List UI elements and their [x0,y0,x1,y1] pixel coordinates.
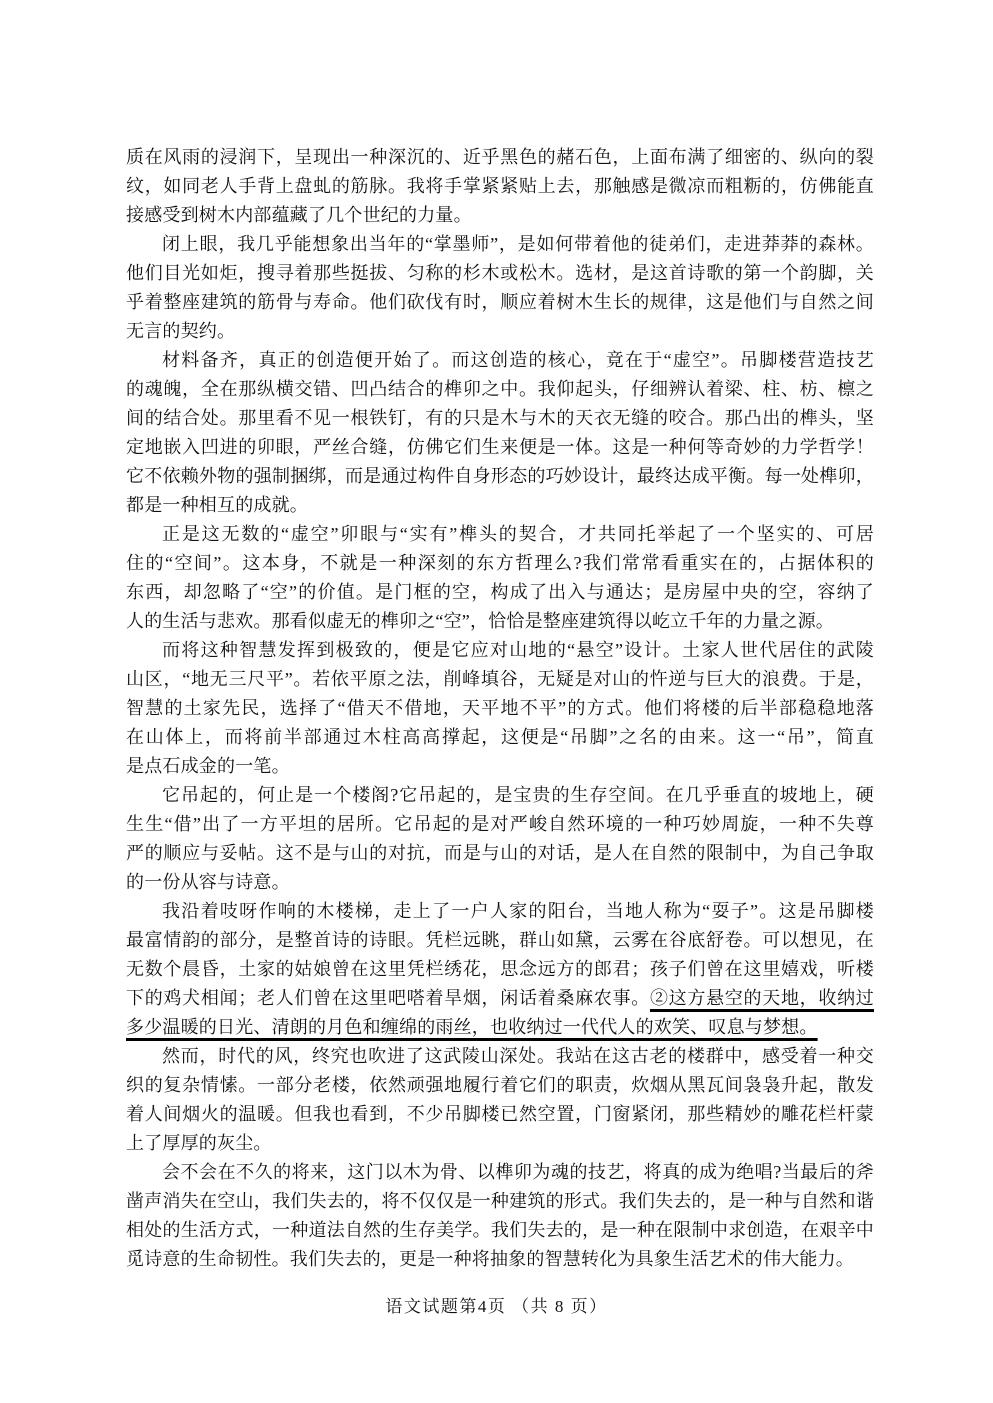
text-segment: 人的生活与悲欢。那看似虚无的榫卯之“空”，恰恰是整座建筑得以屹立千年的力量之源。 [126,611,834,631]
text-line: 正是这无数的“虚空”卯眼与“实有”榫头的契合，才共同托举起了一个坚实的、可居 [126,520,874,549]
text-segment: 闭上眼，我几乎能想象出当年的“掌墨师”，是如何带着他的徒弟们，走进莽莽的森林。 [162,234,874,254]
text-line: 山区，“地无三尺平”。若依平原之法，削峰填谷，无疑是对山的忤逆与巨大的浪费。于是… [126,665,874,694]
text-line: 生生“借”出了一方平坦的居所。它吊起的是对严峻自然环境的一种巧妙周旋，一种不失尊 [126,810,874,839]
underlined-text: 多少温暖的日光、清朗的月色和缠绵的雨丝，也收纳过一代代人的欢笑、叹息与梦想。 [126,1017,818,1037]
text-line: 他们目光如炬，搜寻着那些挺拔、匀称的杉木或松木。选材，是这首诗歌的第一个韵脚，关 [126,259,874,288]
text-segment: 无数个晨昏，土家的姑娘曾在这里凭栏绣花，思念远方的郎君；孩子们曾在这里嬉戏，听楼 [126,959,874,979]
text-line: 定地嵌入凹进的卯眼，严丝合缝，仿佛它们生来便是一体。这是一种何等奇妙的力学哲学！ [126,433,874,462]
text-segment: 正是这无数的“虚空”卯眼与“实有”榫头的契合，才共同托举起了一个坚实的、可居 [162,524,874,544]
text-segment: 而将这种智慧发挥到极致的，便是它应对山地的“悬空”设计。土家人世代居住的武陵 [162,640,874,660]
text-segment: 觅诗意的生命韧性。我们失去的，更是一种将抽象的智慧转化为具象生活艺术的伟大能力。 [126,1249,854,1269]
text-line: 乎着整座建筑的筋骨与寿命。他们砍伐有时，顺应着树木生长的规律，这是他们与自然之间 [126,288,874,317]
text-segment: 在山体上，而将前半部通过木柱高高撑起，这便是“吊脚”之名的由来。这一“吊”，简直 [126,727,874,747]
text-segment: 间的结合处。那里看不见一根铁钉，有的只是木与木的天衣无缝的咬合。那凸出的榫头，坚 [126,408,874,428]
text-segment: 会不会在不久的将来，这门以木为骨、以榫卯为魂的技艺，将真的成为绝唱?当最后的斧 [162,1162,874,1182]
text-line: 最富情韵的部分，是整首诗的诗眼。凭栏远眺，群山如黛，云雾在谷底舒卷。可以想见，在 [126,926,874,955]
text-segment: 材料备齐，真正的创造便开始了。而这创造的核心，竟在于“虚空”。吊脚楼营造技艺 [162,350,874,370]
text-line: 而将这种智慧发挥到极致的，便是它应对山地的“悬空”设计。土家人世代居住的武陵 [126,636,874,665]
text-segment: 山区，“地无三尺平”。若依平原之法，削峰填谷，无疑是对山的忤逆与巨大的浪费。于是… [126,669,874,689]
underlined-text: ②这方悬空的天地，收纳过 [650,988,874,1008]
text-line: 织的复杂情愫。一部分老楼，依然顽强地履行着它们的职责，炊烟从黑瓦间袅袅升起，散发 [126,1071,874,1100]
text-line: 我沿着吱呀作响的木楼梯，走上了一户人家的阳台，当地人称为“耍子”。这是吊脚楼 [126,897,874,926]
text-segment: 的魂魄，全在那纵横交错、凹凸结合的榫卯之中。我仰起头，仔细辨认着梁、柱、枋、檩之 [126,379,874,399]
text-segment: 它吊起的，何止是一个楼阁?它吊起的，是宝贵的生存空间。在几乎垂直的坡地上，硬 [162,785,874,805]
text-line: 都是一种相互的成就。 [126,491,874,520]
text-segment: 着人间烟火的温暖。但我也看到，不少吊脚楼已然空置，门窗紧闭，那些精妙的雕花栏杆蒙 [126,1104,874,1124]
text-line: 在山体上，而将前半部通过木柱高高撑起，这便是“吊脚”之名的由来。这一“吊”，简直 [126,723,874,752]
text-line: 觅诗意的生命韧性。我们失去的，更是一种将抽象的智慧转化为具象生活艺术的伟大能力。 [126,1245,874,1274]
text-segment: 严的顺应与妥帖。这不是与山的对抗，而是与山的对话，是人在自然的限制中，为自己争取 [126,843,874,863]
text-line: 着人间烟火的温暖。但我也看到，不少吊脚楼已然空置，门窗紧闭，那些精妙的雕花栏杆蒙 [126,1100,874,1129]
text-segment: 纹，如同老人手背上盘虬的筋脉。我将手掌紧紧贴上去，那触感是微凉而粗粝的，仿佛能直 [126,176,874,196]
text-line: 纹，如同老人手背上盘虬的筋脉。我将手掌紧紧贴上去，那触感是微凉而粗粝的，仿佛能直 [126,172,874,201]
text-line: 它吊起的，何止是一个楼阁?它吊起的，是宝贵的生存空间。在几乎垂直的坡地上，硬 [126,781,874,810]
text-segment: 的一份从容与诗意。 [126,872,290,892]
text-line: 住的“空间”。这本身，不就是一种深刻的东方哲理么?我们常常看重实在的，占据体积的 [126,549,874,578]
text-segment: 我沿着吱呀作响的木楼梯，走上了一户人家的阳台，当地人称为“耍子”。这是吊脚楼 [162,901,874,921]
article-body: 质在风雨的浸润下，呈现出一种深沉的、近乎黑色的赭石色，上面布满了细密的、纵向的裂… [126,143,874,1274]
text-segment: 接感受到树木内部蕴藏了几个世纪的力量。 [126,205,472,225]
text-line: 然而，时代的风，终究也吹进了这武陵山深处。我站在这古老的楼群中，感受着一种交 [126,1042,874,1071]
page-footer: 语文试题第4页 （共 8 页） [0,1292,993,1317]
text-line: 严的顺应与妥帖。这不是与山的对抗，而是与山的对话，是人在自然的限制中，为自己争取 [126,839,874,868]
text-line: 人的生活与悲欢。那看似虚无的榫卯之“空”，恰恰是整座建筑得以屹立千年的力量之源。 [126,607,874,636]
text-segment: 凿声消失在空山，我们失去的，将不仅仅是一种建筑的形式。我们失去的，是一种与自然和… [126,1191,874,1211]
text-segment: 生生“借”出了一方平坦的居所。它吊起的是对严峻自然环境的一种巧妙周旋，一种不失尊 [126,814,874,834]
text-segment: 质在风雨的浸润下，呈现出一种深沉的、近乎黑色的赭石色，上面布满了细密的、纵向的裂 [126,147,874,167]
text-line: 智慧的土家先民，选择了“借天不借地，天平地不平”的方式。他们将楼的后半部稳稳地落 [126,694,874,723]
text-segment: 他们目光如炬，搜寻着那些挺拔、匀称的杉木或松木。选材，是这首诗歌的第一个韵脚，关 [126,263,874,283]
text-segment: 乎着整座建筑的筋骨与寿命。他们砍伐有时，顺应着树木生长的规律，这是他们与自然之间 [126,292,874,312]
text-segment: 定地嵌入凹进的卯眼，严丝合缝，仿佛它们生来便是一体。这是一种何等奇妙的力学哲学！ [126,437,874,457]
text-line: 它不依赖外物的强制捆绑，而是通过构件自身形态的巧妙设计，最终达成平衡。每一处榫卯… [126,462,874,491]
text-line: 质在风雨的浸润下，呈现出一种深沉的、近乎黑色的赭石色，上面布满了细密的、纵向的裂 [126,143,874,172]
text-line: 接感受到树木内部蕴藏了几个世纪的力量。 [126,201,874,230]
text-line: 上了厚厚的灰尘。 [126,1129,874,1158]
text-segment: 下的鸡犬相闻；老人们曾在这里吧嗒着旱烟，闲话着桑麻农事。 [126,988,650,1008]
text-segment: 最富情韵的部分，是整首诗的诗眼。凭栏远眺，群山如黛，云雾在谷底舒卷。可以想见，在 [126,930,874,950]
text-segment: 相处的生活方式，一种道法自然的生存美学。我们失去的，是一种在限制中求创造，在艰辛… [126,1220,874,1240]
text-segment: 无言的契约。 [126,321,235,341]
text-line: 闭上眼，我几乎能想象出当年的“掌墨师”，是如何带着他的徒弟们，走进莽莽的森林。 [126,230,874,259]
text-segment: 智慧的土家先民，选择了“借天不借地，天平地不平”的方式。他们将楼的后半部稳稳地落 [126,698,874,718]
text-segment: 住的“空间”。这本身，不就是一种深刻的东方哲理么?我们常常看重实在的，占据体积的 [126,553,874,573]
text-line: 的魂魄，全在那纵横交错、凹凸结合的榫卯之中。我仰起头，仔细辨认着梁、柱、枋、檩之 [126,375,874,404]
text-segment: 织的复杂情愫。一部分老楼，依然顽强地履行着它们的职责，炊烟从黑瓦间袅袅升起，散发 [126,1075,874,1095]
text-line: 会不会在不久的将来，这门以木为骨、以榫卯为魂的技艺，将真的成为绝唱?当最后的斧 [126,1158,874,1187]
text-segment: 东西，却忽略了“空”的价值。是门框的空，构成了出入与通达；是房屋中央的空，容纳了 [126,582,874,602]
text-segment: 是点石成金的一笔。 [126,756,290,776]
text-line: 无言的契约。 [126,317,874,346]
text-line: 的一份从容与诗意。 [126,868,874,897]
text-segment: 它不依赖外物的强制捆绑，而是通过构件自身形态的巧妙设计，最终达成平衡。每一处榫卯… [126,466,874,486]
text-line: 是点石成金的一笔。 [126,752,874,781]
exam-page: 质在风雨的浸润下，呈现出一种深沉的、近乎黑色的赭石色，上面布满了细密的、纵向的裂… [0,0,993,1403]
text-line: 间的结合处。那里看不见一根铁钉，有的只是木与木的天衣无缝的咬合。那凸出的榫头，坚 [126,404,874,433]
text-line: 东西，却忽略了“空”的价值。是门框的空，构成了出入与通达；是房屋中央的空，容纳了 [126,578,874,607]
text-line: 相处的生活方式，一种道法自然的生存美学。我们失去的，是一种在限制中求创造，在艰辛… [126,1216,874,1245]
text-line: 凿声消失在空山，我们失去的，将不仅仅是一种建筑的形式。我们失去的，是一种与自然和… [126,1187,874,1216]
text-line: 下的鸡犬相闻；老人们曾在这里吧嗒着旱烟，闲话着桑麻农事。②这方悬空的天地，收纳过 [126,984,874,1013]
text-line: 无数个晨昏，土家的姑娘曾在这里凭栏绣花，思念远方的郎君；孩子们曾在这里嬉戏，听楼 [126,955,874,984]
text-line: 多少温暖的日光、清朗的月色和缠绵的雨丝，也收纳过一代代人的欢笑、叹息与梦想。 [126,1013,874,1042]
text-line: 材料备齐，真正的创造便开始了。而这创造的核心，竟在于“虚空”。吊脚楼营造技艺 [126,346,874,375]
text-segment: 都是一种相互的成就。 [126,495,308,515]
text-segment: 上了厚厚的灰尘。 [126,1133,272,1153]
text-segment: 然而，时代的风，终究也吹进了这武陵山深处。我站在这古老的楼群中，感受着一种交 [162,1046,874,1066]
